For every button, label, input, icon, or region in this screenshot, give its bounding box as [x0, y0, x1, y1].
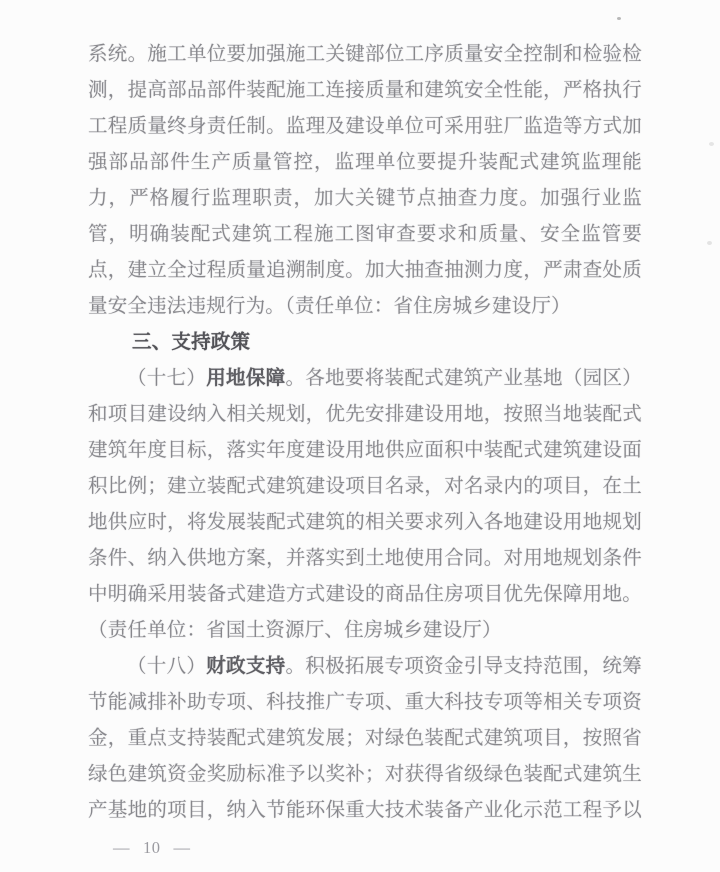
text-line: 绿色建筑资金奖励标准予以奖补；对获得省级绿色装配式建筑生: [88, 757, 642, 793]
text-line: 节能减排补助专项、科技推广专项、重大科技专项等相关专项资: [88, 685, 642, 721]
text-segment: 建筑年度目标，落实年度建设用地供应面积中装配式建筑建设面: [88, 440, 642, 461]
text-segment: 量安全违法违规行为。（责任单位：省住房城乡建设厅）: [88, 296, 571, 317]
text-line: 点，建立全过程质量追溯制度。加大抽查抽测力度，严肃查处质: [88, 253, 642, 289]
text-line: 工程质量终身责任制。监理及建设单位可采用驻厂监造等方式加: [88, 109, 642, 145]
text-line: 力，严格履行监理职责，加大关键节点抽查力度。加强行业监: [88, 181, 642, 217]
text-segment: 条件、纳入供地方案，并落实到土地使用合同。对用地规划条件: [88, 548, 642, 569]
text-line: 积比例；建立装配式建筑建设项目名录，对名录内的项目，在土: [88, 469, 642, 505]
text-block: 系统。施工单位要加强施工关键部位工序质量安全控制和检验检测，提高部品部件装配施工…: [88, 37, 642, 829]
page-number: 10: [143, 838, 161, 858]
scan-speck: [707, 241, 712, 245]
text-line: 系统。施工单位要加强施工关键部位工序质量安全控制和检验检: [88, 37, 642, 73]
text-segment: 地供应时，将发展装配式建筑的相关要求列入各地建设用地规划: [88, 512, 642, 533]
scan-speck: [617, 17, 621, 20]
text-segment: 强部品部件生产质量管控，监理单位要提升装配式建筑监理能: [88, 152, 642, 173]
text-segment: 。积极拓展专项资金引导支持范围，统筹: [286, 656, 642, 677]
text-segment: 测，提高部品部件装配施工连接质量和建筑安全性能，严格执行: [88, 80, 642, 101]
text-line: （责任单位：省国土资源厅、住房城乡建设厅）: [88, 613, 642, 649]
text-line: 条件、纳入供地方案，并落实到土地使用合同。对用地规划条件: [88, 541, 642, 577]
text-line: （十八）财政支持。积极拓展专项资金引导支持范围，统筹: [88, 649, 642, 685]
bold-term: 财政支持: [206, 656, 285, 677]
text-line: 测，提高部品部件装配施工连接质量和建筑安全性能，严格执行: [88, 73, 642, 109]
text-line: 强部品部件生产质量管控，监理单位要提升装配式建筑监理能: [88, 145, 642, 181]
text-line: 管，明确装配式建筑工程施工图审查要求和质量、安全监管要: [88, 217, 642, 253]
footer-dash-left: —: [113, 838, 130, 858]
page-footer: — 10 —: [113, 838, 191, 858]
document-page: 系统。施工单位要加强施工关键部位工序质量安全控制和检验检测，提高部品部件装配施工…: [0, 0, 720, 872]
text-segment: 。各地要将装配式建筑产业基地（园区）: [286, 368, 642, 389]
footer-dash-right: —: [174, 838, 191, 858]
text-segment: 中明确采用装备式建造方式建设的商品住房项目优先保障用地。: [88, 584, 642, 605]
text-segment: 工程质量终身责任制。监理及建设单位可采用驻厂监造等方式加: [88, 116, 642, 137]
text-segment: 积比例；建立装配式建筑建设项目名录，对名录内的项目，在土: [88, 476, 642, 497]
text-segment: 系统。施工单位要加强施工关键部位工序质量安全控制和检验检: [88, 44, 642, 65]
text-segment: 绿色建筑资金奖励标准予以奖补；对获得省级绿色装配式建筑生: [88, 764, 642, 785]
section-heading: 三、支持政策: [88, 325, 642, 361]
bold-term: 用地保障: [206, 368, 285, 389]
text-segment: 金，重点支持装配式建筑发展；对绿色装配式建筑项目，按照省: [88, 728, 642, 749]
text-segment: 节能减排补助专项、科技推广专项、重大科技专项等相关专项资: [88, 692, 642, 713]
text-line: 产基地的项目，纳入节能环保重大技术装备产业化示范工程予以: [88, 793, 642, 829]
text-segment: （责任单位：省国土资源厅、住房城乡建设厅）: [88, 620, 502, 641]
text-line: 中明确采用装备式建造方式建设的商品住房项目优先保障用地。: [88, 577, 642, 613]
text-segment: 产基地的项目，纳入节能环保重大技术装备产业化示范工程予以: [88, 800, 642, 821]
text-line: （十七）用地保障。各地要将装配式建筑产业基地（园区）: [88, 361, 642, 397]
text-line: 量安全违法违规行为。（责任单位：省住房城乡建设厅）: [88, 289, 642, 325]
scan-speck: [709, 142, 714, 146]
text-segment: （十七）: [127, 368, 206, 389]
text-line: 建筑年度目标，落实年度建设用地供应面积中装配式建筑建设面: [88, 433, 642, 469]
text-segment: 和项目建设纳入相关规划，优先安排建设用地，按照当地装配式: [88, 404, 642, 425]
text-segment: 力，严格履行监理职责，加大关键节点抽查力度。加强行业监: [88, 188, 642, 209]
text-segment: 点，建立全过程质量追溯制度。加大抽查抽测力度，严肃查处质: [88, 260, 642, 281]
text-line: 地供应时，将发展装配式建筑的相关要求列入各地建设用地规划: [88, 505, 642, 541]
text-segment: 管，明确装配式建筑工程施工图审查要求和质量、安全监管要: [88, 224, 642, 245]
text-line: 和项目建设纳入相关规划，优先安排建设用地，按照当地装配式: [88, 397, 642, 433]
text-segment: （十八）: [127, 656, 206, 677]
text-line: 金，重点支持装配式建筑发展；对绿色装配式建筑项目，按照省: [88, 721, 642, 757]
